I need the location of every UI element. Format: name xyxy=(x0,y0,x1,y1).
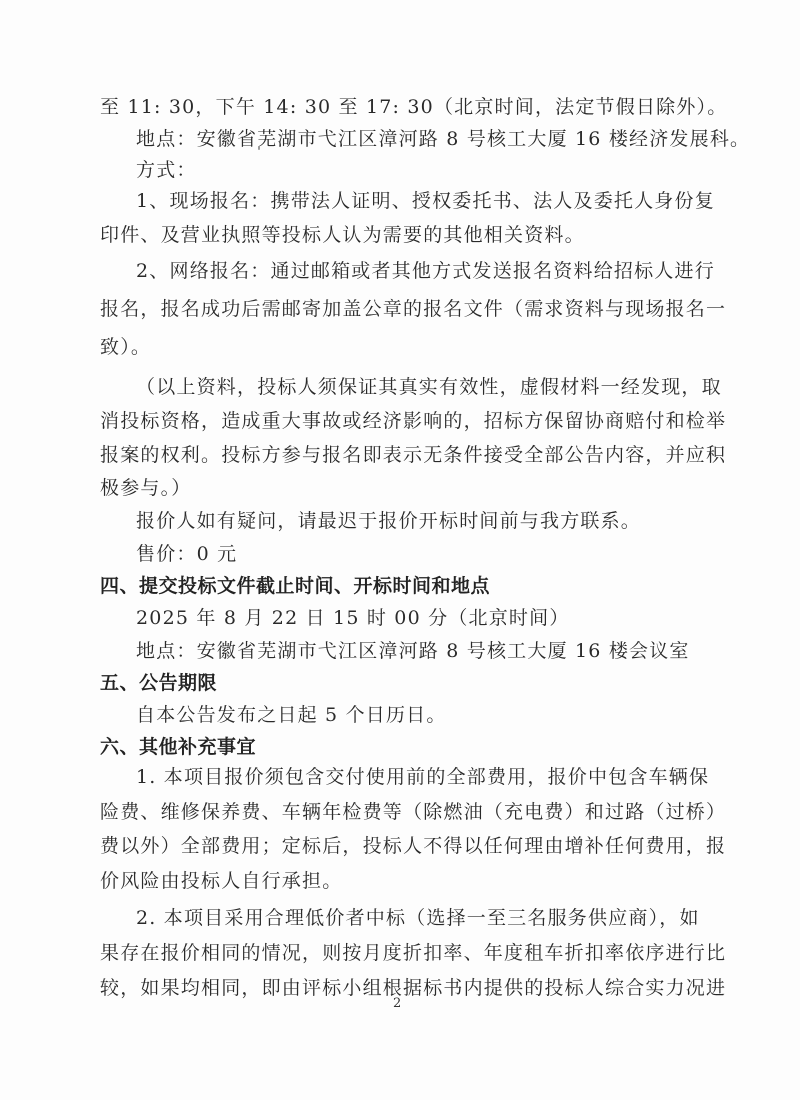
text-line: （以上资料，投标人须保证其真实有效性，虚假材料一经发现，取 xyxy=(136,375,682,399)
text-line: 地点：安徽省芜湖市弋江区漳河路 8 号核工大厦 16 楼会议室 xyxy=(136,639,736,663)
text-line: 1. 本项目报价须包含交付使用前的全部费用，报价中包含车辆保 xyxy=(136,765,682,789)
section-heading: 六、其他补充事宜 xyxy=(100,735,700,759)
text-line: 方式： xyxy=(136,158,736,182)
text-line: 印件、及营业执照等投标人认为需要的其他相关资料。 xyxy=(100,223,700,247)
scan-speck xyxy=(258,146,260,150)
page-number: 2 xyxy=(393,996,401,1011)
section-heading: 五、公告期限 xyxy=(100,671,700,695)
text-line: 地点：安徽省芜湖市弋江区漳河路 8 号核工大厦 16 楼经济发展科。 xyxy=(136,127,736,151)
text-line: 果存在报价相同的情况，则按月度折扣率、年度租车折扣率依序进行比 xyxy=(100,941,682,965)
text-line: 2. 本项目采用合理低价者中标（选择一至三名服务供应商），如 xyxy=(136,906,682,930)
text-line: 致）。 xyxy=(100,335,700,359)
text-line: 2、网络报名：通过邮箱或者其他方式发送报名资料给招标人进行 xyxy=(136,259,682,283)
text-line: 自本公告发布之日起 5 个日历日。 xyxy=(136,703,736,727)
text-line: 售价：0 元 xyxy=(136,542,736,566)
text-line: 消投标资格，造成重大事故或经济影响的，招标方保留协商赔付和检举 xyxy=(100,409,682,433)
text-line: 报案的权利。投标方参与报名即表示无条件接受全部公告内容，并应积 xyxy=(100,443,682,467)
text-line: 费以外）全部费用；定标后，投标人不得以任何理由增补任何费用，报 xyxy=(100,834,682,858)
text-line: 较，如果均相同，即由评标小组根据标书内提供的投标人综合实力况进 xyxy=(100,976,682,1000)
text-line: 极参与。） xyxy=(100,476,700,500)
text-line: 至 11: 30，下午 14: 30 至 17: 30（北京时间，法定节假日除外… xyxy=(100,95,700,119)
document-page: 至 11: 30，下午 14: 30 至 17: 30（北京时间，法定节假日除外… xyxy=(0,0,800,1100)
section-heading: 四、提交投标文件截止时间、开标时间和地点 xyxy=(100,574,700,598)
text-line: 险费、维修保养费、车辆年检费等（除燃油（充电费）和过路（过桥） xyxy=(100,800,682,824)
text-line: 2025 年 8 月 22 日 15 时 00 分（北京时间） xyxy=(136,606,736,630)
text-line: 价风险由投标人自行承担。 xyxy=(100,869,700,893)
text-line: 1、现场报名：携带法人证明、授权委托书、法人及委托人身份复 xyxy=(136,189,682,213)
text-line: 报名，报名成功后需邮寄加盖公章的报名文件（需求资料与现场报名一 xyxy=(100,297,682,321)
text-line: 报价人如有疑问，请最迟于报价开标时间前与我方联系。 xyxy=(136,509,736,533)
